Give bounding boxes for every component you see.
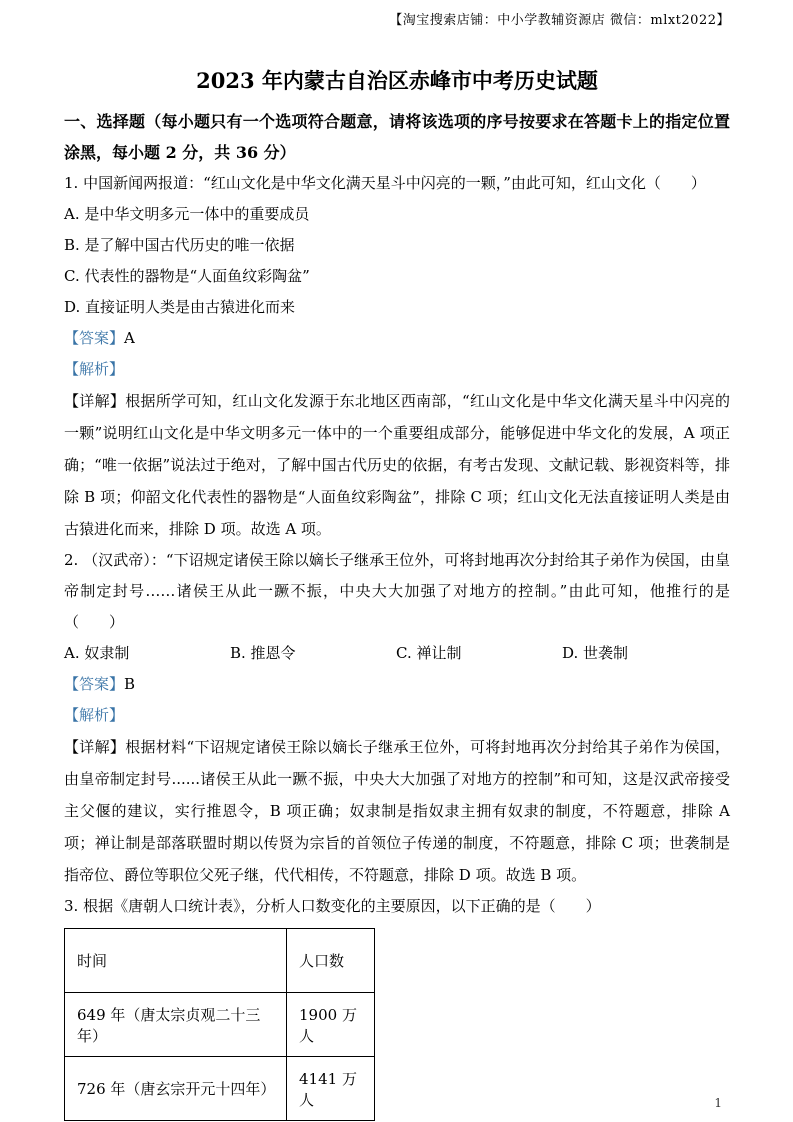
question-2-option-d: D. 世袭制 [562,638,730,669]
page-content: 【淘宝搜索店铺：中小学教辅资源店 微信：mlxt2022】 2023 年内蒙古自… [0,0,793,1121]
question-1-answer-line: 【答案】A [64,323,730,354]
question-1-analysis-line: 【解析】 [64,354,730,385]
question-2-option-a: A. 奴隶制 [64,638,230,669]
answer-value: B [124,675,135,693]
question-2-answer-line: 【答案】B [64,669,730,700]
analysis-label: 【解析】 [64,360,124,378]
question-1-detail: 【详解】根据所学可知，红山文化发源于东北地区西南部，“红山文化是中华文化满天星斗… [64,385,730,545]
question-3: 3. 根据《唐朝人口统计表》，分析人口数变化的主要原因，以下正确的是（ ） 时间… [64,891,730,1121]
question-2-option-c: C. 禅让制 [396,638,562,669]
question-1-option-c: C. 代表性的器物是“人面鱼纹彩陶盆” [64,261,730,292]
table-cell-time-726: 726 年（唐玄宗开元十四年） [65,1057,287,1121]
question-2-options: A. 奴隶制 B. 推恩令 C. 禅让制 D. 世袭制 [64,638,730,669]
question-2-stem: 2. （汉武帝）：“下诏规定诸侯王除以嫡长子继承王位外，可将封地再次分封给其子弟… [64,545,730,638]
exam-document-page: 【淘宝搜索店铺：中小学教辅资源店 微信：mlxt2022】 2023 年内蒙古自… [0,0,793,1122]
table-cell-time-649: 649 年（唐太宗贞观二十三年） [65,993,287,1057]
tang-population-table: 时间 人口数 649 年（唐太宗贞观二十三年） 1900 万人 726 年（唐玄… [64,928,375,1121]
question-1-option-a: A. 是中华文明多元一体中的重要成员 [64,199,730,230]
question-1: 1. 中国新闻两报道：“红山文化是中华文化满天星斗中闪亮的一颗，”由此可知，红山… [64,168,730,545]
analysis-label: 【解析】 [64,706,124,724]
question-1-option-b: B. 是了解中国古代历史的唯一依据 [64,230,730,261]
table-cell-population-4141: 4141 万人 [287,1057,375,1121]
table-header-time: 时间 [65,929,287,993]
section-heading: 一、选择题（每小题只有一个选项符合题意，请将该选项的序号按要求在答题卡上的指定位… [64,106,730,168]
answer-value: A [124,329,135,347]
question-1-option-d: D. 直接证明人类是由古猿进化而来 [64,292,730,323]
table-header-row: 时间 人口数 [65,929,375,993]
answer-label: 【答案】 [64,675,124,693]
answer-label: 【答案】 [64,329,124,347]
page-title: 2023 年内蒙古自治区赤峰市中考历史试题 [64,66,730,96]
table-header-population: 人口数 [287,929,375,993]
table-row: 726 年（唐玄宗开元十四年） 4141 万人 [65,1057,375,1121]
question-2-option-b: B. 推恩令 [230,638,396,669]
question-2-detail: 【详解】根据材料“下诏规定诸侯王除以嫡长子继承王位外，可将封地再次分封给其子弟作… [64,731,730,891]
question-3-stem: 3. 根据《唐朝人口统计表》，分析人口数变化的主要原因，以下正确的是（ ） [64,891,730,922]
table-cell-population-1900: 1900 万人 [287,993,375,1057]
question-2: 2. （汉武帝）：“下诏规定诸侯王除以嫡长子继承王位外，可将封地再次分封给其子弟… [64,545,730,891]
question-2-analysis-line: 【解析】 [64,700,730,731]
page-number: 1 [714,1096,722,1110]
header-note: 【淘宝搜索店铺：中小学教辅资源店 微信：mlxt2022】 [64,12,730,30]
table-row: 649 年（唐太宗贞观二十三年） 1900 万人 [65,993,375,1057]
question-1-stem: 1. 中国新闻两报道：“红山文化是中华文化满天星斗中闪亮的一颗，”由此可知，红山… [64,168,730,199]
